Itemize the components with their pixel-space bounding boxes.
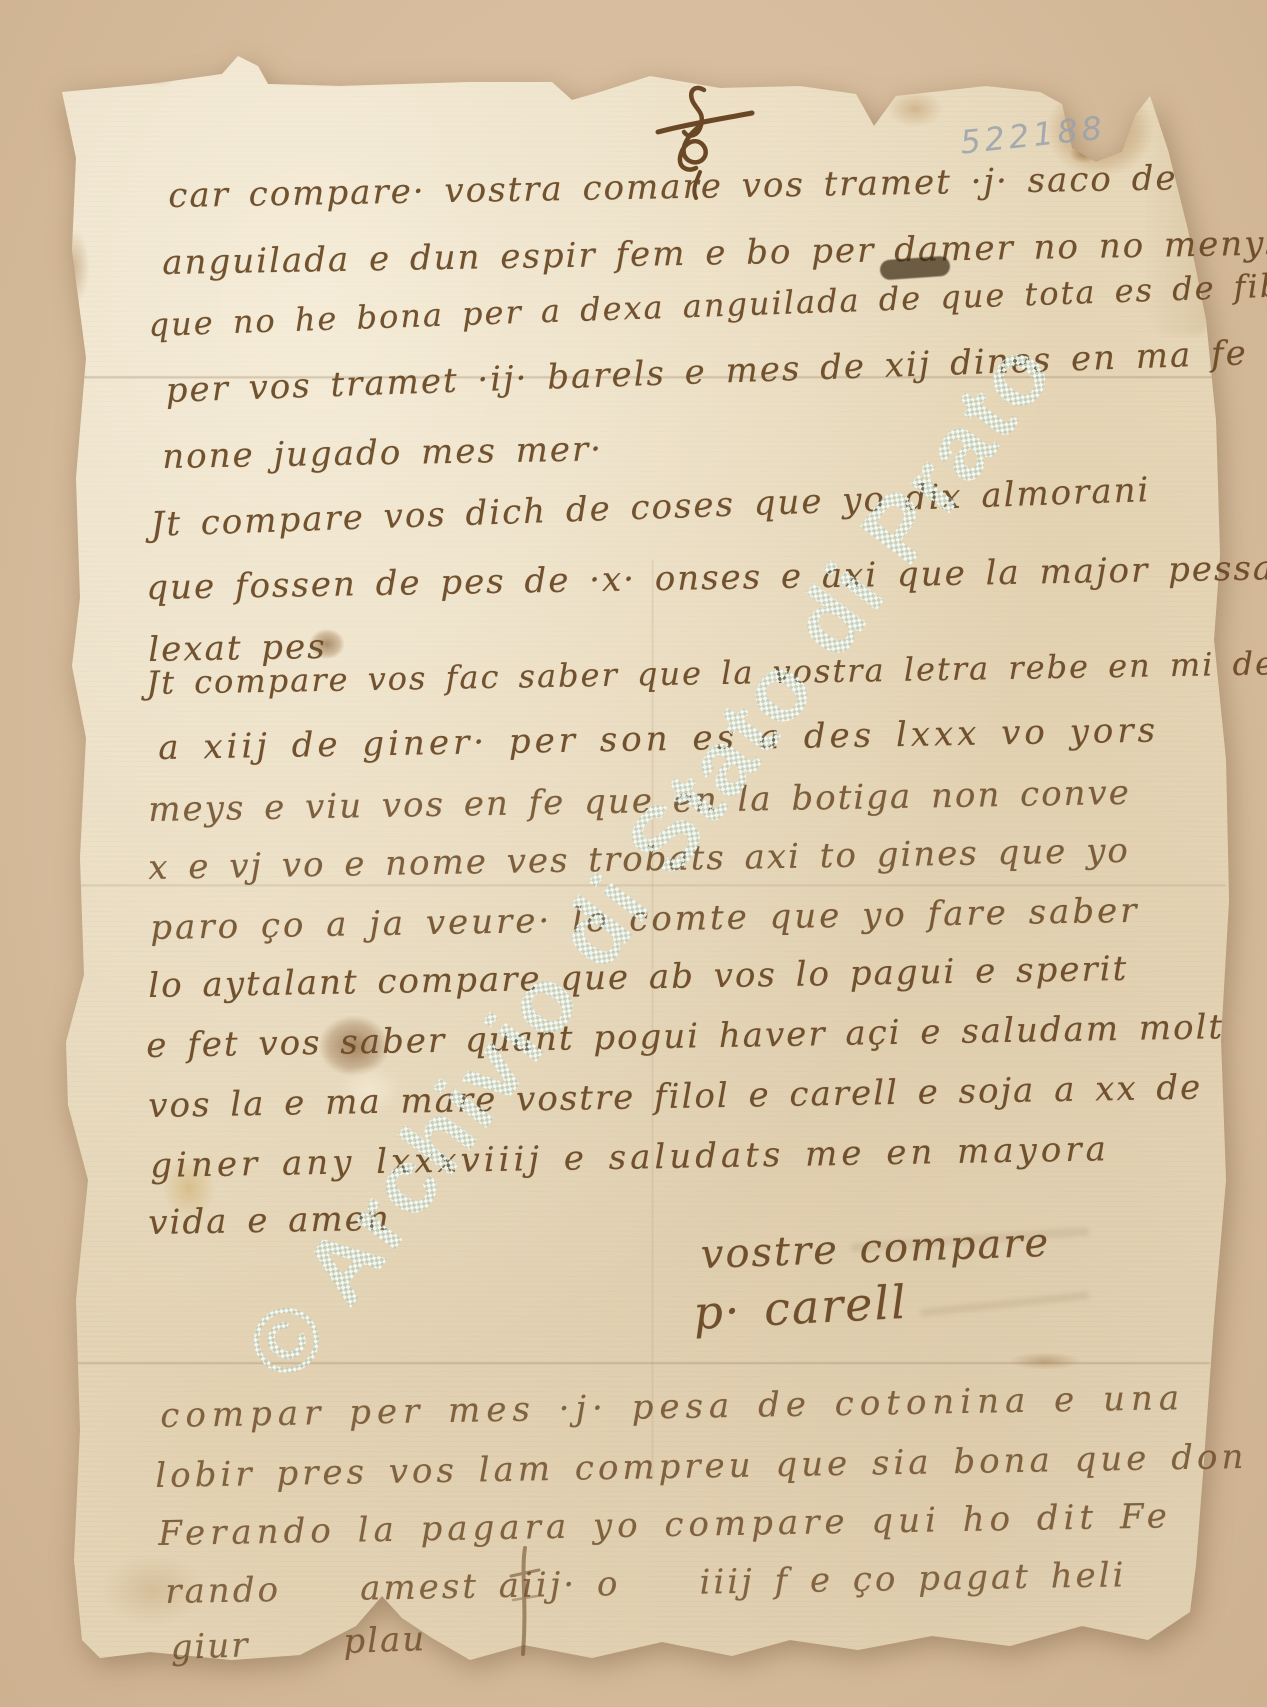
bleed-through-mark (920, 1291, 1090, 1317)
stain-top-middle (880, 86, 950, 132)
manuscript-line: vida e amen (148, 1199, 391, 1243)
crease-smudge (1000, 1350, 1090, 1372)
fold-crease-3 (70, 1362, 1210, 1365)
manuscript-line: p· carell (692, 1275, 909, 1340)
scanned-document-page: 522188 car compare· vostra comare vos tr… (0, 0, 1267, 1707)
stain-top-left (140, 60, 180, 90)
stain-left-edge (52, 220, 94, 315)
manuscript-line: none jugado mes mer· (162, 429, 603, 477)
